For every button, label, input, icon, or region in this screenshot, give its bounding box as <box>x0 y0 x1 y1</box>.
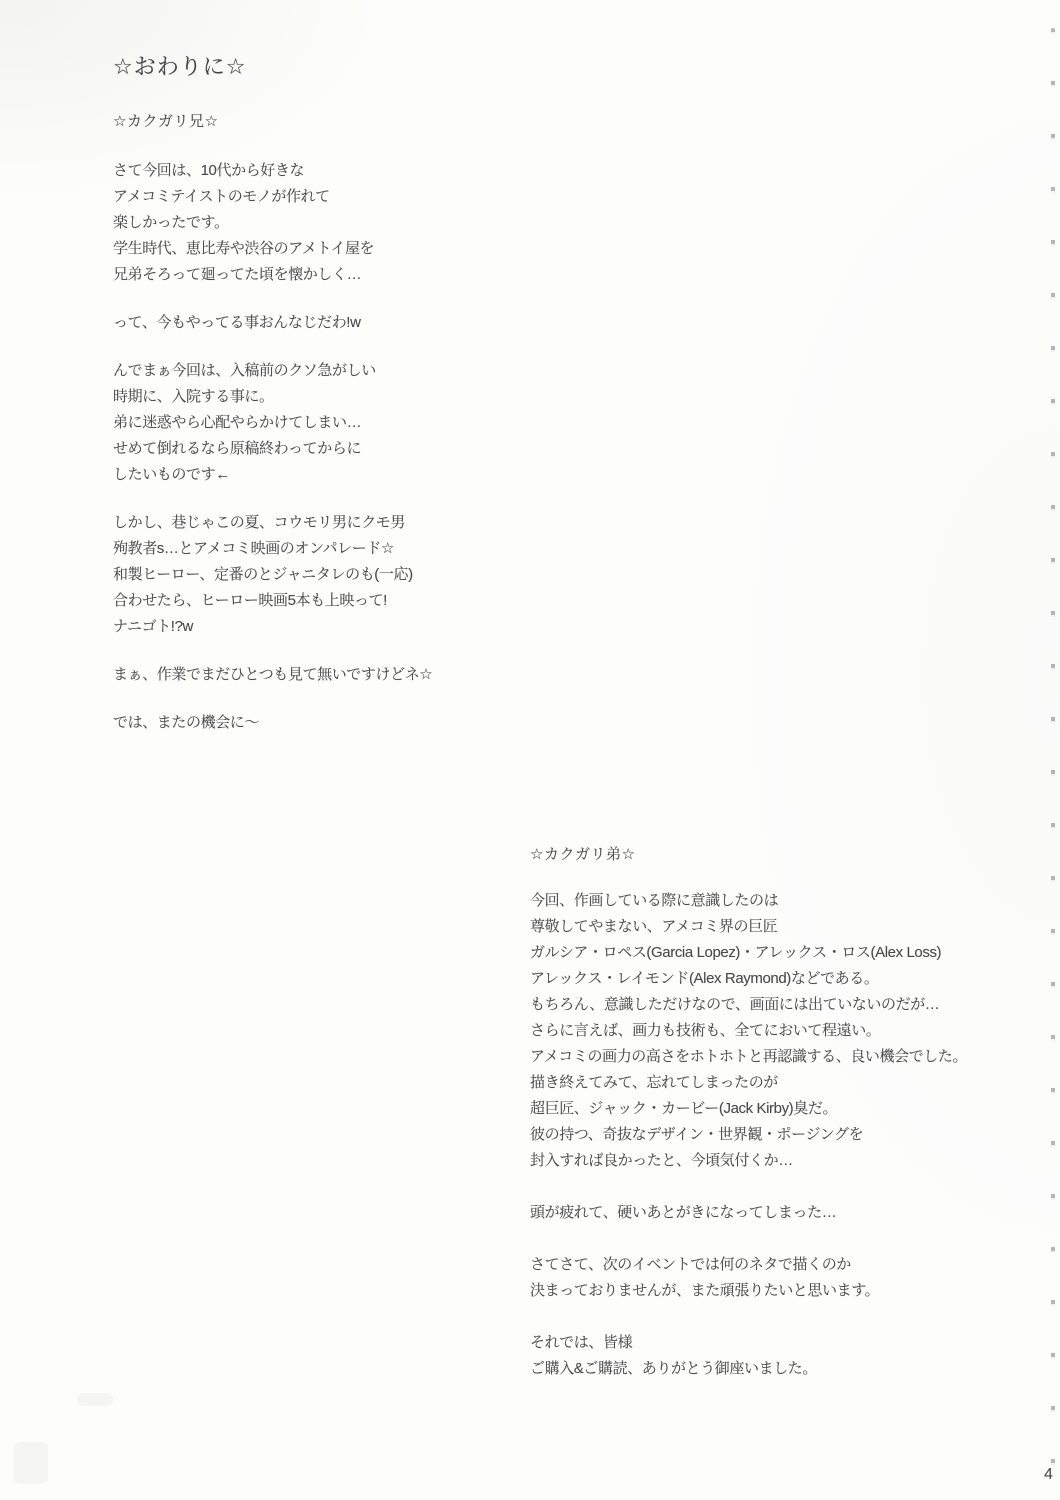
text-line: 超巨匠、ジャック・カービー(Jack Kirby)臭だ。 <box>530 1096 967 1122</box>
text-line: 弟に迷惑やら心配やらかけてしまい… <box>113 410 432 436</box>
text-line: 兄弟そろって廻ってた頃を懐かしく… <box>113 262 432 288</box>
text-line: もちろん、意識しただけなので、画面には出ていないのだが… <box>530 992 967 1018</box>
text-line: 学生時代、恵比寿や渋谷のアメトイ屋を <box>113 236 432 262</box>
text-line: さらに言えば、画力も技術も、全てにおいて程遠い。 <box>530 1018 967 1044</box>
text-line: って、今もやってる事おんなじだわ!w <box>113 310 432 336</box>
text-line: 今回、作画している際に意識したのは <box>530 888 967 914</box>
section-heading-brother: ☆カクガリ兄☆ <box>113 112 432 132</box>
paragraph: 今回、作画している際に意識したのは尊敬してやまない、アメコミ界の巨匠ガルシア・ロ… <box>530 888 967 1174</box>
afterword-section-younger-brother: ☆カクガリ弟☆ 今回、作画している際に意識したのは尊敬してやまない、アメコミ界の… <box>530 845 967 1408</box>
text-line: したいものです← <box>113 462 432 488</box>
scanned-afterword-page: ☆おわりに☆ ☆カクガリ兄☆ さて今回は、10代から好きなアメコミテイストのモノ… <box>0 0 1060 1500</box>
paragraph: まぁ、作業でまだひとつも見て無いですけどネ☆ <box>113 662 432 688</box>
page-title: ☆おわりに☆ <box>113 53 246 81</box>
scan-smudge <box>14 1442 48 1484</box>
paragraph: しかし、巷じゃこの夏、コウモリ男にクモ男殉教者s…とアメコミ映画のオンパレード☆… <box>113 510 432 640</box>
paragraph: って、今もやってる事おんなじだわ!w <box>113 310 432 336</box>
section-body-brother: さて今回は、10代から好きなアメコミテイストのモノが作れて楽しかったです。学生時… <box>113 158 432 736</box>
paragraph: では、またの機会に〜 <box>113 710 432 736</box>
section-heading-younger-brother: ☆カクガリ弟☆ <box>530 845 967 865</box>
paragraph: さて今回は、10代から好きなアメコミテイストのモノが作れて楽しかったです。学生時… <box>113 158 432 288</box>
text-line: それでは、皆様 <box>530 1330 967 1356</box>
text-line: 楽しかったです。 <box>113 210 432 236</box>
text-line: 封入すれば良かったと、今頃気付くか… <box>530 1148 967 1174</box>
text-line: 和製ヒーロー、定番のとジャニタレのも(一応) <box>113 562 432 588</box>
afterword-section-brother: ☆カクガリ兄☆ さて今回は、10代から好きなアメコミテイストのモノが作れて楽しか… <box>113 112 432 758</box>
text-line: 合わせたら、ヒーロー映画5本も上映って! <box>113 588 432 614</box>
paragraph: んでまぁ今回は、入稿前のクソ急がしい時期に、入院する事に。弟に迷惑やら心配やらか… <box>113 358 432 488</box>
text-line: まぁ、作業でまだひとつも見て無いですけどネ☆ <box>113 662 432 688</box>
text-line: 頭が疲れて、硬いあとがきになってしまった… <box>530 1200 967 1226</box>
text-line: 決まっておりませんが、また頑張りたいと思います。 <box>530 1278 967 1304</box>
text-line: 時期に、入院する事に。 <box>113 384 432 410</box>
scan-edge-binding-marks <box>1051 28 1055 1468</box>
text-line: 描き終えてみて、忘れてしまったのが <box>530 1070 967 1096</box>
text-line: しかし、巷じゃこの夏、コウモリ男にクモ男 <box>113 510 432 536</box>
text-line: アメコミの画力の高さをホトホトと再認識する、良い機会でした。 <box>530 1044 967 1070</box>
text-line: アメコミテイストのモノが作れて <box>113 184 432 210</box>
text-line: さてさて、次のイベントでは何のネタで描くのか <box>530 1252 967 1278</box>
paragraph: さてさて、次のイベントでは何のネタで描くのか決まっておりませんが、また頑張りたい… <box>530 1252 967 1304</box>
scan-smudge <box>77 1393 113 1406</box>
text-line: んでまぁ今回は、入稿前のクソ急がしい <box>113 358 432 384</box>
page-number: 4 <box>1044 1466 1053 1484</box>
text-line: アレックス・レイモンド(Alex Raymond)などである。 <box>530 966 967 992</box>
text-line: ご購入&ご購読、ありがとう御座いました。 <box>530 1356 967 1382</box>
section-body-younger-brother: 今回、作画している際に意識したのは尊敬してやまない、アメコミ界の巨匠ガルシア・ロ… <box>530 888 967 1382</box>
text-line: 殉教者s…とアメコミ映画のオンパレード☆ <box>113 536 432 562</box>
text-line: では、またの機会に〜 <box>113 710 432 736</box>
text-line: さて今回は、10代から好きな <box>113 158 432 184</box>
text-line: 尊敬してやまない、アメコミ界の巨匠 <box>530 914 967 940</box>
paragraph: それでは、皆様ご購入&ご購読、ありがとう御座いました。 <box>530 1330 967 1382</box>
text-line: せめて倒れるなら原稿終わってからに <box>113 436 432 462</box>
text-line: ナニゴト!?w <box>113 614 432 640</box>
text-line: 彼の持つ、奇抜なデザイン・世界観・ポージングを <box>530 1122 967 1148</box>
paragraph: 頭が疲れて、硬いあとがきになってしまった… <box>530 1200 967 1226</box>
text-line: ガルシア・ロペス(Garcia Lopez)・アレックス・ロス(Alex Los… <box>530 940 967 966</box>
